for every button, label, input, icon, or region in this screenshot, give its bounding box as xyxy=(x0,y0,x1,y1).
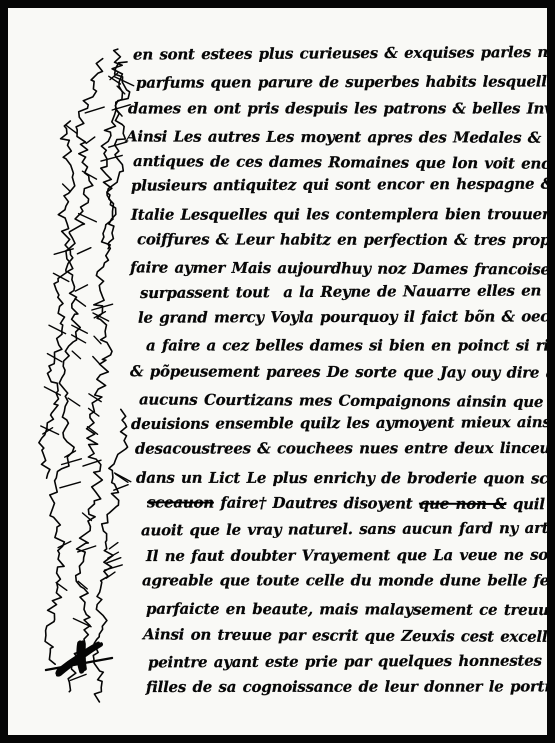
manuscript-line: en sont estees plus curieuses & exquises… xyxy=(133,39,547,68)
text-segment: Il ne faut doubter Vrayement que La veue… xyxy=(146,545,547,564)
manuscript-line: peintre ayant este prie par quelques hon… xyxy=(148,647,547,675)
text-segment: agreable que toute celle du monde dune b… xyxy=(142,572,547,590)
text-segment: filles de sa cognoissance de leur donner… xyxy=(146,677,547,696)
manuscript-line: & põpeusement parees De sorte que Jay ou… xyxy=(130,358,547,386)
text-segment: faire† Dautres disoyent xyxy=(214,494,419,513)
manuscript-line: deuisions ensemble quilz les aymoyent mi… xyxy=(131,409,547,437)
text-segment: deuisions ensemble quilz les aymoyent mi… xyxy=(131,413,547,433)
text-segment: peintre ayant este prie par quelques hon… xyxy=(148,651,547,671)
manuscript-line: surpassent tout a la Reyne de Nauarre el… xyxy=(140,277,547,306)
text-segment: auoit que le vray naturel. sans aucun fa… xyxy=(141,519,547,540)
manuscript-line: dans un Lict Le plus enrichy de broderie… xyxy=(136,464,547,491)
text-segment: faire aymer Mais aujourdhuy noz Dames fr… xyxy=(130,259,547,279)
struck-text: sceauon xyxy=(147,493,214,511)
manuscript-line: agreable que toute celle du monde dune b… xyxy=(142,568,547,594)
page-border: ✗ en sont estees plus curieuses & exquis… xyxy=(0,0,555,743)
text-segment: plusieurs antiquitez qui sont encor en h… xyxy=(131,175,547,195)
manuscript-line: parfaicte en beaute, mais malaysement ce… xyxy=(146,596,547,624)
text-segment: le grand mercy Voyla pourquoy il faict b… xyxy=(138,307,547,327)
text-segment: surpassent tout a la Reyne de Nauarre el… xyxy=(140,281,547,302)
text-segment: & põpeusement parees De sorte que Jay ou… xyxy=(130,362,547,381)
text-segment: dames en ont pris despuis les patrons & … xyxy=(128,99,547,117)
manuscript-line: auoit que le vray naturel. sans aucun fa… xyxy=(141,515,547,544)
manuscript-line: Il ne faut doubter Vrayement que La veue… xyxy=(146,541,547,569)
text-segment: parfums quen parure de superbes habits l… xyxy=(136,73,547,92)
manuscript-line: Ainsi on treuue par escrit que Zeuxis ce… xyxy=(143,621,547,650)
manuscript-line: plusieurs antiquitez qui sont encor en h… xyxy=(131,171,547,199)
manuscript-line: desacoustrees & couchees nues entre deux… xyxy=(135,435,547,462)
manuscript-line: dames en ont pris despuis les patrons & … xyxy=(128,95,547,121)
text-segment: dans un Lict Le plus enrichy de broderie… xyxy=(136,468,547,487)
manuscript-line: filles de sa cognoissance de leur donner… xyxy=(146,673,547,700)
manuscript-text-block: en sont estees plus curieuses & exquises… xyxy=(125,43,547,700)
text-segment: Ainsi on treuue par escrit que Zeuxis ce… xyxy=(143,625,547,646)
text-segment: en sont estees plus curieuses & exquises… xyxy=(133,42,547,63)
text-segment: Italie Lesquelles qui les contemplera bi… xyxy=(131,205,547,224)
manuscript-line: Ainsi Les autres Les moyent apres des Me… xyxy=(126,123,547,151)
margin-x-mark: ✗ xyxy=(48,628,102,689)
text-segment: aucuns Courtizans mes Compaignons ainsin… xyxy=(139,390,547,411)
manuscript-page: ✗ en sont estees plus curieuses & exquis… xyxy=(8,8,547,735)
text-segment: a faire a cez belles dames si bien en po… xyxy=(146,337,547,355)
manuscript-line: a faire a cez belles dames si bien en po… xyxy=(146,333,547,359)
manuscript-line: coiffures & Leur habitz en perfection & … xyxy=(137,226,547,253)
text-segment: parfaicte en beaute, mais malaysement ce… xyxy=(146,600,547,619)
manuscript-line: parfums quen parure de superbes habits l… xyxy=(136,69,547,97)
text-segment: Ainsi Les autres Les moyent apres des Me… xyxy=(126,127,547,147)
manuscript-line: Italie Lesquelles qui les contemplera bi… xyxy=(131,201,547,228)
manuscript-line: le grand mercy Voyla pourquoy il faict b… xyxy=(138,303,547,331)
text-segment: coiffures & Leur habitz en perfection & … xyxy=(137,230,547,249)
struck-text: que non & xyxy=(419,495,507,513)
manuscript-line: sceauon faire† Dautres disoyent que non … xyxy=(147,489,547,517)
text-segment: quil ny xyxy=(506,495,547,513)
text-segment: desacoustrees & couchees nues entre deux… xyxy=(135,439,547,458)
